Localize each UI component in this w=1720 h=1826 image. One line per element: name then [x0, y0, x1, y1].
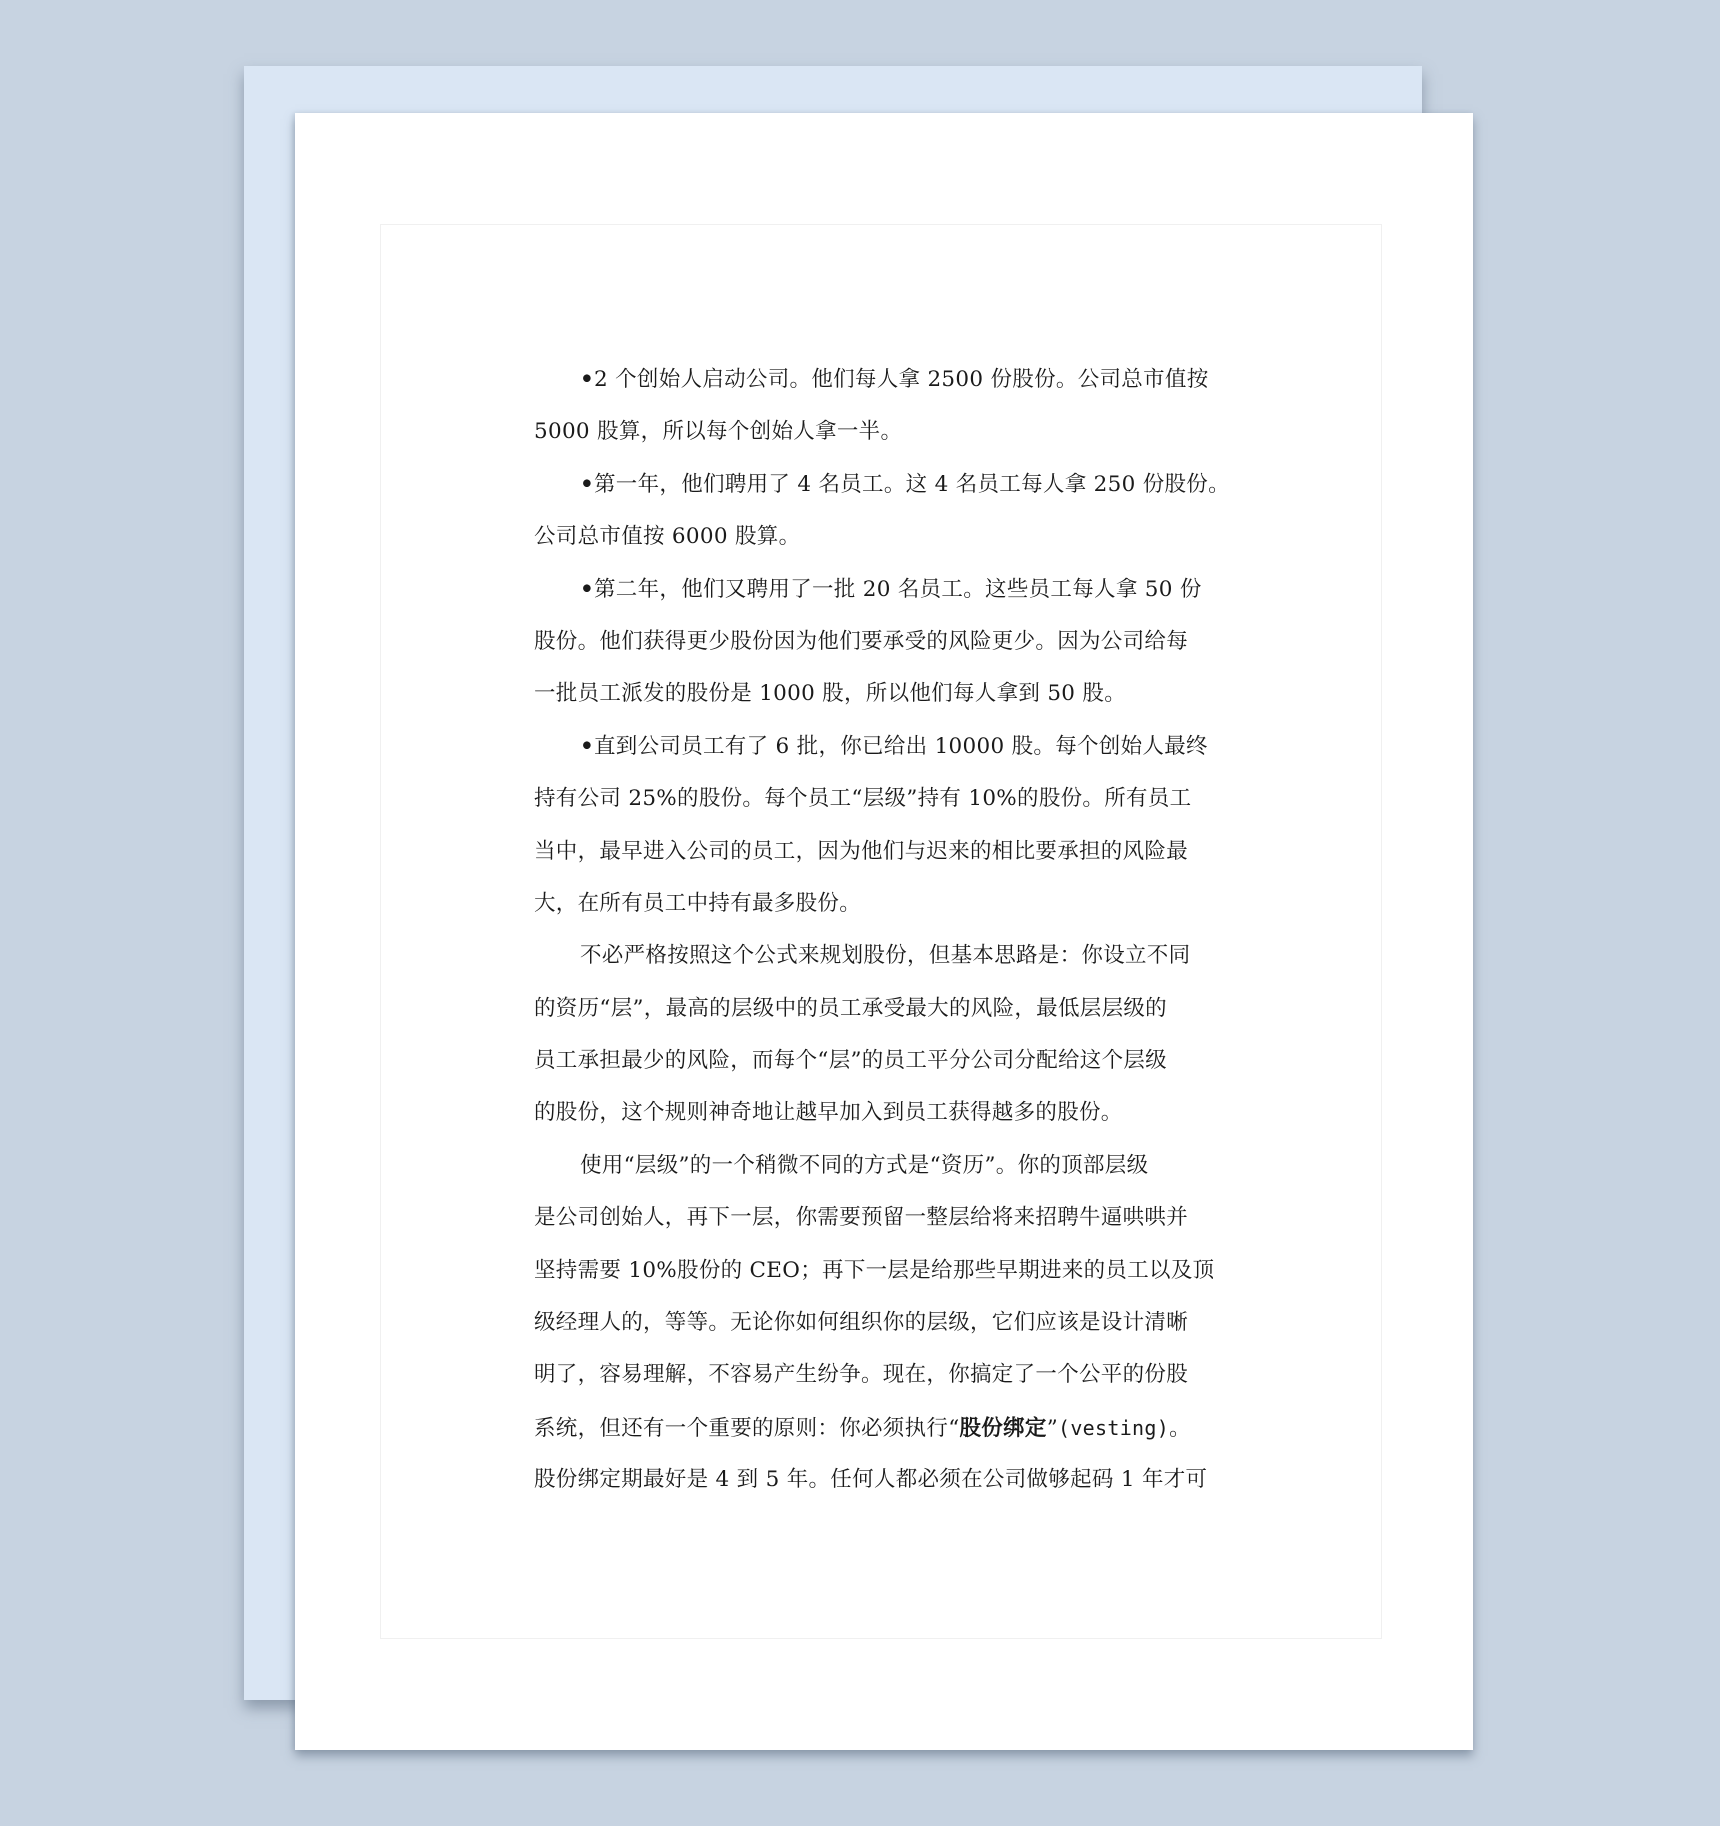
- text-line: 股份绑定期最好是 4 到 5 年。任何人都必须在公司做够起码 1 年才可: [534, 1454, 1234, 1506]
- text-line: 股份。他们获得更少股份因为他们要承受的风险更少。因为公司给每: [534, 616, 1234, 668]
- text-line: 当中，最早进入公司的员工，因为他们与迟来的相比要承担的风险最: [534, 826, 1234, 878]
- text-line: 持有公司 25%的股份。每个员工“层级”持有 10%的股份。所有员工: [534, 773, 1234, 825]
- bullet-line: •第一年，他们聘用了 4 名员工。这 4 名员工每人拿 250 份股份。: [534, 459, 1234, 511]
- bullet-icon: •: [580, 354, 594, 406]
- text-segment: 。: [1169, 1416, 1191, 1441]
- bold-term-vesting: 股份绑定: [960, 1416, 1047, 1441]
- bullet-line: •直到公司员工有了 6 批，你已给出 10000 股。每个创始人最终: [534, 721, 1234, 773]
- document-body: •2 个创始人启动公司。他们每人拿 2500 份股份。公司总市值按 5000 股…: [534, 354, 1234, 1507]
- text-line: 的股份，这个规则神奇地让越早加入到员工获得越多的股份。: [534, 1087, 1234, 1139]
- bullet-line: •2 个创始人启动公司。他们每人拿 2500 份股份。公司总市值按: [534, 354, 1234, 406]
- text-line: 级经理人的，等等。无论你如何组织你的层级，它们应该是设计清晰: [534, 1297, 1234, 1349]
- text-line: 2 个创始人启动公司。他们每人拿 2500 份股份。公司总市值按: [594, 367, 1209, 392]
- text-line: 第一年，他们聘用了 4 名员工。这 4 名员工每人拿 250 份股份。: [594, 472, 1230, 497]
- mixed-format-line: 系统，但还有一个重要的原则：你必须执行“股份绑定”(vesting)。: [534, 1402, 1234, 1454]
- bullet-icon: •: [580, 564, 594, 616]
- text-line: 是公司创始人，再下一层，你需要预留一整层给将来招聘牛逼哄哄并: [534, 1192, 1234, 1244]
- document-page: •2 个创始人启动公司。他们每人拿 2500 份股份。公司总市值按 5000 股…: [295, 113, 1473, 1750]
- bullet-line: •第二年，他们又聘用了一批 20 名员工。这些员工每人拿 50 份: [534, 564, 1234, 616]
- text-line: 坚持需要 10%股份的 CEO；再下一层是给那些早期进来的员工以及顶: [534, 1245, 1234, 1297]
- text-line: 直到公司员工有了 6 批，你已给出 10000 股。每个创始人最终: [594, 734, 1208, 759]
- text-line: 公司总市值按 6000 股算。: [534, 511, 1234, 563]
- text-segment: ”: [1047, 1416, 1058, 1441]
- paragraph-first-line: 不必严格按照这个公式来规划股份，但基本思路是：你设立不同: [534, 930, 1234, 982]
- text-line: 明了，容易理解，不容易产生纷争。现在，你搞定了一个公平的份股: [534, 1349, 1234, 1401]
- english-term: (vesting): [1058, 1416, 1169, 1440]
- text-line: 第二年，他们又聘用了一批 20 名员工。这些员工每人拿 50 份: [594, 577, 1202, 602]
- text-line: 5000 股算，所以每个创始人拿一半。: [534, 406, 1234, 458]
- text-line: 大，在所有员工中持有最多股份。: [534, 878, 1234, 930]
- bullet-icon: •: [580, 459, 594, 511]
- text-segment: 系统，但还有一个重要的原则：你必须执行“: [534, 1416, 960, 1441]
- bullet-icon: •: [580, 721, 594, 773]
- text-line: 一批员工派发的股份是 1000 股，所以他们每人拿到 50 股。: [534, 668, 1234, 720]
- paragraph-first-line: 使用“层级”的一个稍微不同的方式是“资历”。你的顶部层级: [534, 1140, 1234, 1192]
- text-line: 的资历“层”，最高的层级中的员工承受最大的风险，最低层层级的: [534, 983, 1234, 1035]
- text-line: 员工承担最少的风险，而每个“层”的员工平分公司分配给这个层级: [534, 1035, 1234, 1087]
